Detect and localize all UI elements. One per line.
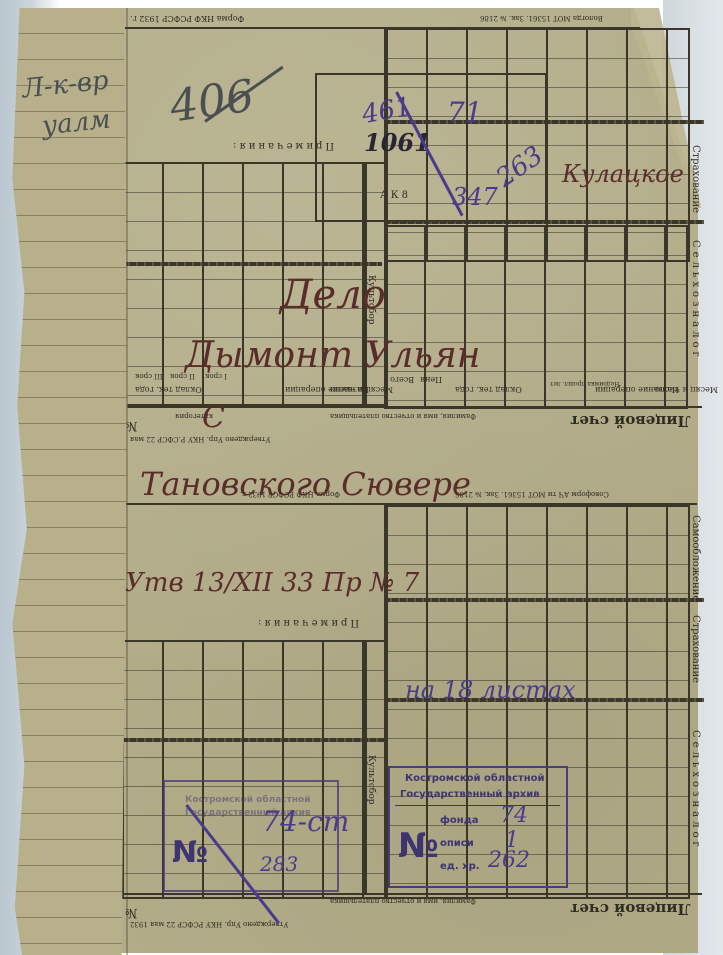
handwriting-village: Тановского Сювере [140, 465, 471, 503]
handwriting-subject-name: Дымонт Ульян [185, 335, 481, 376]
cancelled-stamp-ed-khr: 283 [260, 852, 298, 876]
col-header-srok3: III срок [135, 372, 163, 380]
approved-reference-bottom: Утверждено Упр. НКУ РСФСР 22 мая 1932 [130, 920, 288, 928]
archive-stamp-rule [395, 805, 560, 806]
handwriting-sheet-count: на 18 листах [405, 676, 576, 704]
ledger-divider [122, 738, 384, 742]
approved-reference: Утверждено Упр. НКУ Р.СФСР 22 мая [130, 435, 271, 443]
archive-stamp-ed-khr-value: 262 [488, 848, 530, 873]
archive-stamp-line1: Костромской областной [405, 773, 544, 784]
handwriting-approval: Утв 13/XII 33 Пр № 7 [125, 568, 419, 598]
col-header-oklad-2: Оклад тек. года [455, 385, 522, 394]
cancelled-stamp-handwritten: 74-ст [262, 805, 349, 838]
col-header-oklad: Оклад тек. года [135, 385, 202, 394]
account-label: Лицевой счет [570, 412, 691, 430]
archive-stamp-number-sign: № [398, 826, 439, 866]
cancelled-stamp-number-sign: № [172, 835, 208, 870]
section-selkhoznalog-2: Сельхозналог [690, 730, 701, 851]
archive-stamp-fond-label: фонда [440, 815, 479, 826]
archive-stamp-opis-label: описи [440, 838, 474, 849]
col-header-mesyats: Месяц и число [330, 385, 393, 394]
form-reference-top: Форма НКФ РСФСР 1932 г. [130, 14, 244, 23]
handwriting-initial: С [202, 400, 225, 435]
form-reference-top-right: Вологда МОТ 15361. Зак. № 2186 [480, 14, 603, 22]
col-header-vsego: Всего [390, 375, 414, 384]
col-header-mesyats-2: Месяц и число [655, 385, 718, 394]
section-samooblozhenie: Самообложение [690, 515, 701, 601]
torn-paper-strip [10, 8, 130, 955]
top-stamp-number-71: 71 [447, 96, 483, 129]
section-strahovanie-2: Страхование [690, 615, 701, 683]
col-header-penya: Пеня [420, 375, 442, 384]
payer-name-label: Фамилия, имя и отчество плательщика [330, 412, 476, 420]
form-reference-mid-right: Совоформ АЧ ти МОТ 15361. Зак. № 2186 [455, 490, 609, 498]
cancelled-stamp-line1: Костромской областной [185, 795, 311, 805]
archive-stamp-fond-value: 74 [500, 803, 528, 828]
remarks-label-bottom: Примечания: [255, 617, 359, 628]
archive-stamp-line2: Государственный архив [400, 789, 540, 800]
section-kultsbor-2: Культсбор [366, 755, 376, 805]
section-strahovanie: Страхование [690, 145, 701, 213]
ledger-divider [384, 598, 704, 602]
strip-edge [126, 8, 128, 955]
account-label-bottom: Лицевой счет [570, 900, 691, 918]
remarks-label-top: Примечания: [230, 140, 334, 151]
section-selkhoznalog: Сельхозналог [690, 240, 701, 361]
payer-name-label-bottom: Фамилия, имя и отчество плательщика [330, 897, 476, 905]
handwriting-delo: Дело [280, 272, 386, 318]
handwriting-kulatskoe: Кулацкое [562, 160, 684, 188]
archive-stamp-ed-khr-label: ед. хр. [440, 861, 480, 872]
bottom-header-rule [122, 893, 702, 895]
ledger-divider [122, 262, 382, 266]
